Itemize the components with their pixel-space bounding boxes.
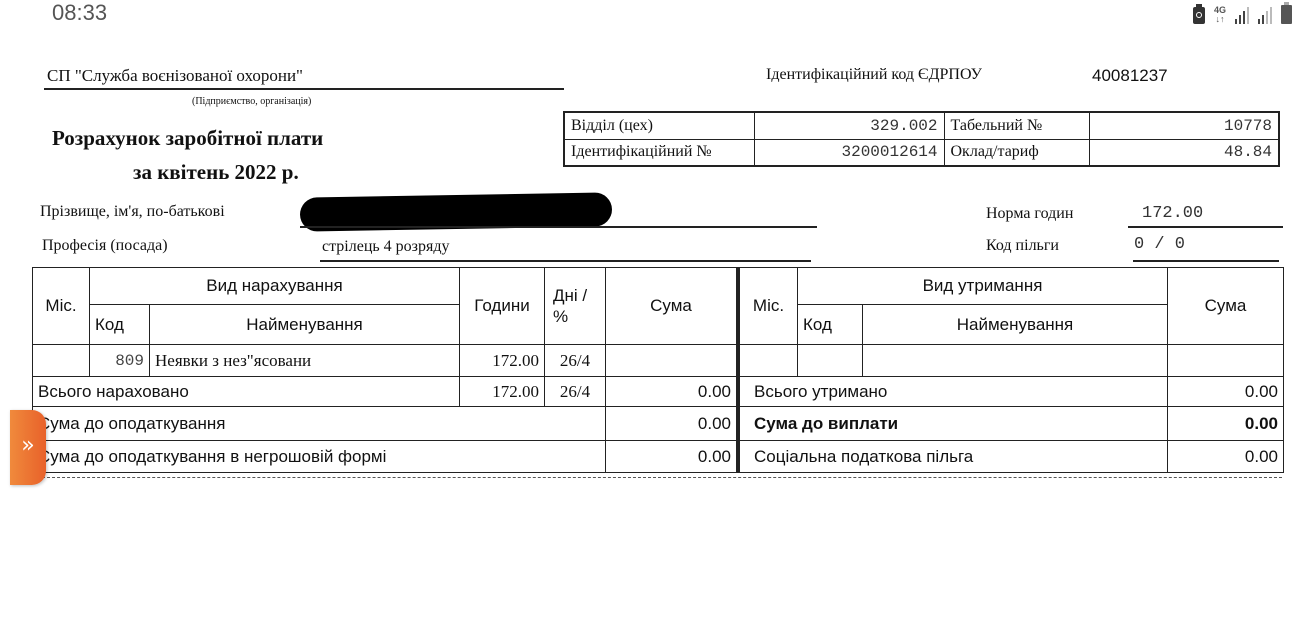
status-icons: 4G↓↑	[1193, 2, 1292, 24]
payout-label: Сума до виплати	[739, 407, 1168, 441]
cut-line	[32, 477, 1282, 478]
id-no-value: 3200012614	[754, 139, 944, 166]
organization-underline	[44, 88, 564, 90]
network-4g-icon: 4G↓↑	[1214, 6, 1226, 24]
taxable-nonmonetary-sum: 0.00	[606, 441, 738, 473]
accrual-code: 809	[90, 345, 150, 377]
status-time: 08:33	[52, 0, 107, 26]
taxable-nonmonetary-label: Сума до оподаткування в негрошовій формі	[33, 441, 606, 473]
taxable-sum: 0.00	[606, 407, 738, 441]
double-chevron-right-icon: »	[21, 433, 34, 458]
deductions-type-header: Вид утримання	[798, 268, 1168, 305]
accrual-month	[33, 345, 90, 377]
accruals-code-header: Код	[90, 305, 150, 345]
side-panel-handle[interactable]: »	[10, 410, 46, 485]
profession-underline	[320, 260, 811, 262]
document-title: Розрахунок заробітної плати	[52, 126, 323, 151]
deduction-sum	[1168, 345, 1284, 377]
accrual-sum	[606, 345, 738, 377]
taxable-row: Сума до оподаткування 0.00	[33, 407, 738, 441]
deduction-month	[739, 345, 798, 377]
full-name-underline	[300, 226, 817, 228]
deductions-total-row: Всього утримано 0.00	[739, 377, 1284, 407]
deductions-total-label: Всього утримано	[739, 377, 1168, 407]
deductions-total-sum: 0.00	[1168, 377, 1284, 407]
accruals-sum-header: Сума	[606, 268, 738, 345]
organization-caption: (Підприємство, організація)	[192, 96, 311, 107]
salary-rate-label: Оклад/тариф	[944, 139, 1089, 166]
id-no-label: Ідентифікаційний №	[564, 139, 754, 166]
table-row: 809 Неявки з нез"ясовани 172.00 26/4	[33, 345, 738, 377]
signal-sim1-icon	[1235, 7, 1249, 24]
deduction-name	[863, 345, 1168, 377]
profession-label: Професія (посада)	[42, 237, 168, 255]
payout-row: Сума до виплати 0.00	[739, 407, 1284, 441]
personnel-no-label: Табельний №	[944, 112, 1089, 139]
accrual-hours: 172.00	[460, 345, 545, 377]
social-benefit-sum: 0.00	[1168, 441, 1284, 473]
edrpou-label: Ідентифікаційний код ЄДРПОУ	[766, 66, 982, 84]
signal-sim2-icon	[1258, 7, 1272, 24]
social-benefit-row: Соціальна податкова пільга 0.00	[739, 441, 1284, 473]
deductions-month-header: Міс.	[739, 268, 798, 345]
battery-icon	[1281, 5, 1292, 24]
accruals-month-header: Міс.	[33, 268, 90, 345]
accruals-type-header: Вид нарахування	[90, 268, 460, 305]
profession-value: стрілець 4 розряду	[322, 238, 450, 256]
document-period: за квітень 2022 р.	[133, 160, 299, 185]
accruals-days-header: Дні / %	[545, 268, 606, 345]
taxable-label: Сума до оподаткування	[33, 407, 606, 441]
norm-hours-value: 172.00	[1142, 204, 1203, 223]
accrual-name: Неявки з нез"ясовани	[150, 345, 460, 377]
accruals-total-label: Всього нараховано	[33, 377, 460, 407]
accruals-total-hours: 172.00	[460, 377, 545, 407]
personnel-no-value: 10778	[1089, 112, 1279, 139]
employee-info-box: Відділ (цех) 329.002 Табельний № 10778 І…	[563, 111, 1280, 167]
battery-saver-icon	[1193, 7, 1205, 24]
benefit-code-value: 0 / 0	[1134, 235, 1185, 254]
department-label: Відділ (цех)	[564, 112, 754, 139]
payout-sum: 0.00	[1168, 407, 1284, 441]
deductions-code-header: Код	[798, 305, 863, 345]
accruals-name-header: Найменування	[150, 305, 460, 345]
full-name-label: Прізвище, ім'я, по-батькові	[40, 203, 225, 221]
taxable-nonmonetary-row: Сума до оподаткування в негрошовій формі…	[33, 441, 738, 473]
benefit-code-underline	[1133, 260, 1279, 262]
accrual-days: 26/4	[545, 345, 606, 377]
salary-rate-value: 48.84	[1089, 139, 1279, 166]
deduction-code	[798, 345, 863, 377]
accruals-total-days: 26/4	[545, 377, 606, 407]
norm-hours-label: Норма годин	[986, 205, 1073, 223]
norm-hours-underline	[1128, 226, 1283, 228]
edrpou-value: 40081237	[1092, 66, 1168, 86]
table-row	[739, 345, 1284, 377]
accruals-total-row: Всього нараховано 172.00 26/4 0.00	[33, 377, 738, 407]
social-benefit-label: Соціальна податкова пільга	[739, 441, 1168, 473]
benefit-code-label: Код пільги	[986, 237, 1059, 255]
deductions-name-header: Найменування	[863, 305, 1168, 345]
accruals-table: Міс. Вид нарахування Години Дні / % Сума…	[32, 267, 739, 473]
deductions-sum-header: Сума	[1168, 268, 1284, 345]
department-value: 329.002	[754, 112, 944, 139]
deductions-table: Міс. Вид утримання Сума Код Найменування…	[737, 267, 1284, 473]
accruals-hours-header: Години	[460, 268, 545, 345]
organization-name: СП "Служба воєнізованої охорони"	[47, 66, 303, 86]
accruals-total-sum: 0.00	[606, 377, 738, 407]
